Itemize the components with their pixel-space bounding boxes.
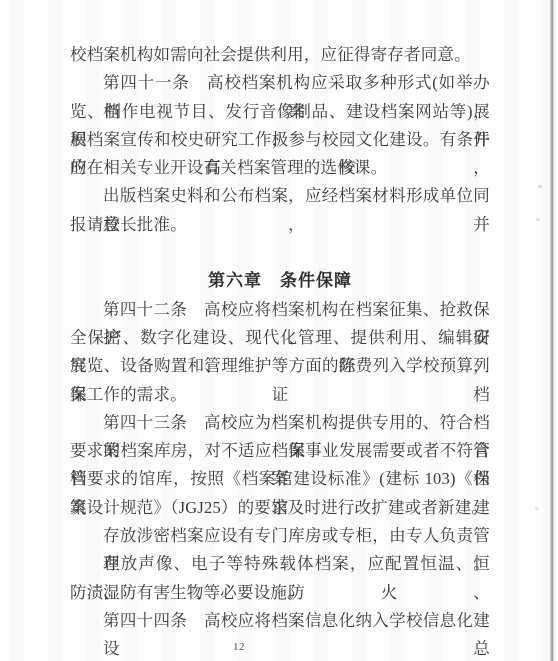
article-44-start-line: 第四十四条 高校应将档案信息化纳入学校信息化建设总 — [70, 607, 490, 635]
body-line: 览、制作电视节目、发行音像制品、建设档案网站等)，积极开 — [70, 98, 490, 126]
chapter-6-heading: 第六章 条件保障 — [70, 267, 490, 295]
body-line: 展览、设备购置和管理维护等方面的经费列入学校预算，保证档 — [70, 352, 490, 380]
document-text-block: 校档案机构如需向社会提供利用，应征得寄存者同意。 第四十一条 高校档案机构应采取… — [70, 41, 490, 635]
page-scan-edge-line — [550, 0, 554, 661]
body-line: 出版档案史料和公布档案，应经档案材料形成单位同意，并 — [70, 182, 490, 210]
scan-speck — [535, 507, 538, 510]
article-41-start-line: 第四十一条 高校档案机构应采取多种形式(如举办档案展 — [70, 69, 490, 97]
scan-speck — [538, 185, 542, 188]
body-line: 管要求的馆库，按照《档案馆建设标准》(建标 103)《档案馆建 — [70, 465, 490, 493]
scanned-document-page: 校档案机构如需向社会提供利用，应征得寄存者同意。 第四十一条 高校档案机构应采取… — [0, 0, 558, 661]
body-line: 筑设计规范》（JGJ25）的要求及时进行改扩建或者新建。 — [70, 494, 490, 522]
article-42-start-line: 第四十二条 高校应将档案机构在档案征集、抢救保护、安 — [70, 296, 490, 324]
blank-line — [70, 239, 490, 267]
body-line: 展档案宣传和校史研究工作，参与校园文化建设。有条件的高校， — [70, 126, 490, 154]
body-line: 要求的档案库房，对不适应档案事业发展需要或者不符合档案保 — [70, 437, 490, 465]
scan-speck — [536, 218, 540, 221]
page-number: 12 — [0, 641, 478, 653]
body-line: 存放声像、电子等特殊载体档案，应配置恒温、恒湿、防火、 — [70, 550, 490, 578]
body-line: 校档案机构如需向社会提供利用，应征得寄存者同意。 — [70, 41, 490, 69]
body-line: 全保密、数字化建设、现代化管理、提供利用、编辑研究、陈列 — [70, 324, 490, 352]
article-43-start-line: 第四十三条 高校应为档案机构提供专用的、符合档案保管 — [70, 409, 490, 437]
body-line: 存放涉密档案应设有专门库房或专柜，由专人负责管理。 — [70, 522, 490, 550]
